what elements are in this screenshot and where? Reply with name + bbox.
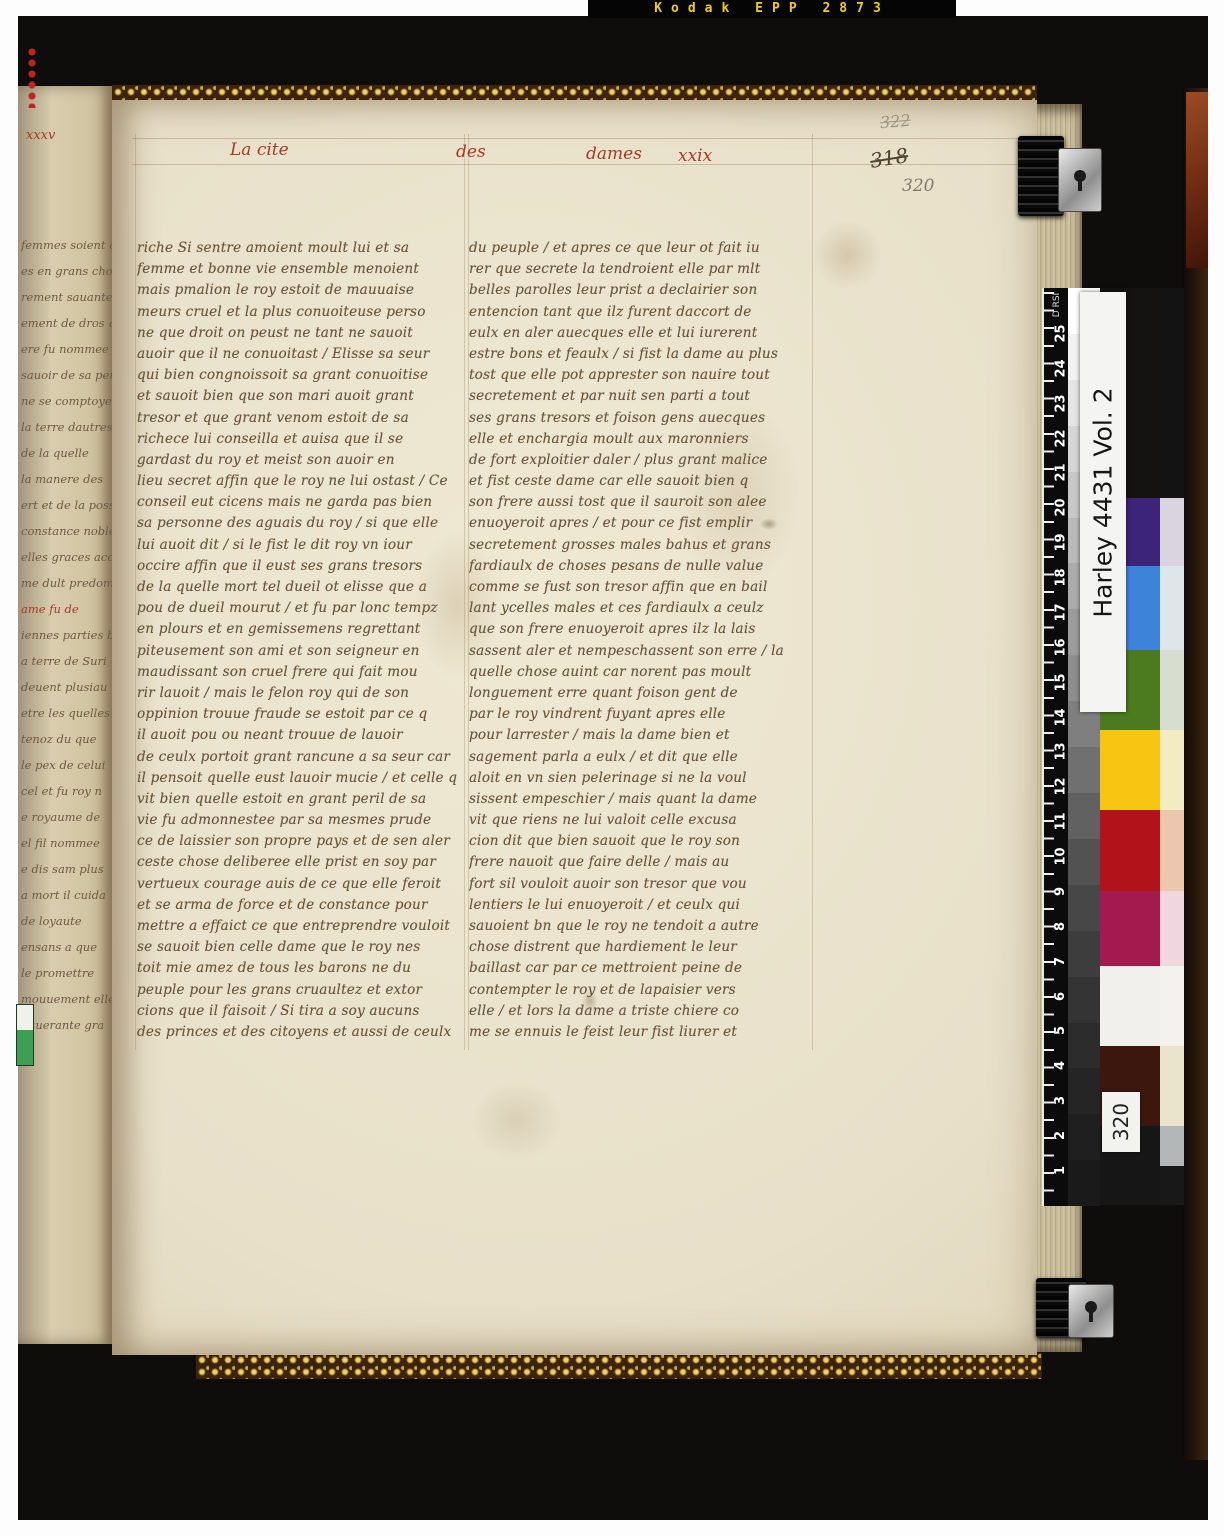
facing-page-text-fragment: de loyaute [18, 908, 114, 934]
manuscript-text-line: estre bons et feaulx / si fist la dame a… [469, 344, 815, 365]
keyhole-icon [1089, 1311, 1093, 1322]
facing-page-text-fragment: le pex de celui [18, 752, 114, 778]
manuscript-text-line: fardiaulx de choses pesans de nulle valu… [469, 556, 815, 577]
folio-number-current: 320 [902, 176, 934, 196]
facing-page-text-fragment: es en grans choses [18, 258, 114, 284]
manuscript-text-line: ses grans tresors et foison gens auecque… [469, 408, 815, 429]
manuscript-text-line: quelle chose auint car norent pas moult [469, 662, 815, 683]
manuscript-text-line: vit que riens ne lui valoit celle excusa [469, 810, 815, 831]
grayscale-step [1068, 839, 1100, 885]
facing-page-text-fragment: etre les quelles [18, 700, 114, 726]
facing-page-text-fragment: ement de dros q [18, 310, 114, 336]
folio-number-struck-pencil: 322 [879, 111, 911, 133]
facing-page-text-fragment: constance nobles [18, 518, 114, 544]
manuscript-text-line: sa personne des aguais du roy / si que e… [137, 513, 471, 534]
manuscript-text-line: pou de dueil mourut / et fu par lonc tem… [137, 598, 471, 619]
manuscript-text-line: femme et bonne vie ensemble menoient [137, 259, 471, 280]
manuscript-text-line: tresor et que grant venom estoit de sa [137, 408, 471, 429]
running-title-word-1: La cite [230, 140, 289, 160]
color-patch [1100, 730, 1160, 810]
photo-frame-bottom [0, 1520, 1224, 1536]
running-title-chapter-numeral: xxix [678, 146, 712, 166]
manuscript-text-line: par le roy vindrent fuyant apres elle [469, 704, 815, 725]
text-column-left: riche Si sentre amoient moult lui et saf… [137, 238, 471, 1043]
manuscript-text-line: entencion tant que ilz furent daccort de [469, 302, 815, 323]
manuscript-text-line: belles parolles leur prist a declairier … [469, 280, 815, 301]
pale-color-patch [1160, 891, 1184, 966]
facing-page-text-fragment: le promettre [18, 960, 114, 986]
facing-page-text-fragment: ert et de la possion [18, 492, 114, 518]
parchment-stain [472, 1080, 562, 1160]
manuscript-text-line: se sauoit bien celle dame que le roy nes [137, 937, 471, 958]
facing-page-text-fragment: tenoz du que [18, 726, 114, 752]
manuscript-text-line: il auoit pou ou neant trouue de lauoir [137, 725, 471, 746]
manuscript-text-line: maudissant son cruel frere qui fait mou [137, 662, 471, 683]
ruler-scale: D RSI 2524232221201918171615141312111098… [1042, 288, 1070, 1206]
manuscript-text-line: son frere aussi tost que il sauroit son … [469, 492, 815, 513]
manuscript-text-line: vit bien quelle estoit en grant peril de… [137, 789, 471, 810]
manuscript-text-line: ce de laissier son propre pays et de sen… [137, 831, 471, 852]
manuscript-text-line: conseil eut cicens mais ne garda pas bie… [137, 492, 471, 513]
manuscript-text-line: baillast car par ce mettroient peine de [469, 958, 815, 979]
manuscript-text-line: et se arma de force et de constance pour [137, 895, 471, 916]
gilt-binding-edge-bottom [196, 1352, 1042, 1380]
manuscript-text-line: pour larrester / mais la dame bien et [469, 725, 815, 746]
pale-color-patch [1160, 1046, 1184, 1126]
manuscript-text-line: du peuple / et apres ce que leur ot fait… [469, 238, 815, 259]
red-dots-registration-mark [24, 46, 41, 108]
manuscript-text-line: occire affin que il eust ses grans treso… [137, 556, 471, 577]
manuscript-text-line: mettre a effaict ce que entreprendre vou… [137, 916, 471, 937]
manuscript-text-line: riche Si sentre amoient moult lui et sa [137, 238, 471, 259]
photo-frame-right [1208, 0, 1224, 1536]
facing-page-text-fragment: iennes parties b [18, 622, 114, 648]
pale-color-patch [1160, 498, 1184, 566]
grayscale-step [1068, 1160, 1100, 1206]
facing-page-text-fragment: cel et fu roy n [18, 778, 114, 804]
manuscript-text-line: rer que secrete la tendroient elle par m… [469, 259, 815, 280]
manuscript-text-line: gardast du roy et meist son auoir en [137, 450, 471, 471]
manuscript-text-line: et fist ceste dame car elle sauoit bien … [469, 471, 815, 492]
pale-color-patch-column [1160, 288, 1184, 1205]
facing-page-sliver: xxxv femmes soient oues en grans chosesr… [18, 86, 114, 1344]
manuscript-text-line: sissent empeschier / mais quant la dame [469, 789, 815, 810]
grayscale-step [1068, 1114, 1100, 1160]
facing-page-text-fragment: ame fu de [18, 596, 114, 622]
manuscript-text-line: lant ycelles males et ces fardiaulx a ce… [469, 598, 815, 619]
manuscript-text-line: et sauoit bien que son mari auoit grant [137, 386, 471, 407]
manuscript-text-line: sagement parla a eulx / et dit que elle [469, 747, 815, 768]
green-bookmark-tab [16, 1004, 34, 1066]
manuscript-text-line: sauoient bn que le roy ne tendoit a autr… [469, 916, 815, 937]
facing-page-text-fragment: rement sauantes pos [18, 284, 114, 310]
manuscript-text-line: lentiers le lui enuoyeroit / et ceulx qu… [469, 895, 815, 916]
binder-clip-bottom-plate [1068, 1284, 1114, 1338]
color-calibration-target: D RSI 2524232221201918171615141312111098… [1042, 288, 1184, 1206]
grayscale-step [1068, 793, 1100, 839]
pale-color-patch [1160, 810, 1184, 891]
manuscript-text-line: elle / et lors la dame a triste chiere c… [469, 1001, 815, 1022]
grayscale-step [1068, 977, 1100, 1023]
facing-page-text-fragment: deuent plusiau [18, 674, 114, 700]
manuscript-text-line: fort sil vouloit auoir son tresor que vo… [469, 874, 815, 895]
facing-page-text-fragment: el fil nommee [18, 830, 114, 856]
color-patch [1100, 810, 1160, 891]
manuscript-text-line: comme se fust son tresor affin que en ba… [469, 577, 815, 598]
facing-page-chapter-numeral: xxxv [26, 128, 55, 143]
manuscript-text-line: toit mie amez de tous les barons ne du [137, 958, 471, 979]
manuscript-text-line: secretement et par nuit sen parti a tout [469, 386, 815, 407]
manuscript-text-line: de ceulx portoit grant rancune a sa seur… [137, 747, 471, 768]
facing-page-text-fragment: ere fu nommee d [18, 336, 114, 362]
manuscript-text-line: secretement grosses males bahus et grans [469, 535, 815, 556]
manuscript-text-line: ceste chose deliberee elle prist en soy … [137, 852, 471, 873]
grayscale-step [1068, 885, 1100, 931]
manuscript-text-line: elle et enchargia moult aux maronniers [469, 429, 815, 450]
ruling-line-vertical [135, 134, 136, 1050]
color-patch [1100, 891, 1160, 966]
manuscript-photograph: Kodak EPP 2873 xxxv femmes soient oues e… [0, 0, 1224, 1536]
manuscript-text-line: en plours et en gemissemens regrettant [137, 619, 471, 640]
facing-page-text-fragment: ensans a que [18, 934, 114, 960]
ruling-line-horizontal [132, 138, 1024, 139]
manuscript-text-line: mais pmalion le roy estoit de mauuaise [137, 280, 471, 301]
pale-color-patch [1160, 730, 1184, 810]
manuscript-text-line: frere nauoit que faire delle / mais au [469, 852, 815, 873]
grayscale-step [1068, 1068, 1100, 1114]
manuscript-text-line: enuoyeroit apres / et pour ce fist empli… [469, 513, 815, 534]
text-column-right: du peuple / et apres ce que leur ot fait… [469, 238, 815, 1043]
color-patch [1100, 966, 1160, 1046]
manuscript-text-line: vie fu admonnestee par sa mesmes prude [137, 810, 471, 831]
manuscript-text-line: meurs cruel et la plus conuoiteuse perso [137, 302, 471, 323]
facing-page-text: femmes soient oues en grans chosesrement… [18, 232, 114, 1038]
pale-color-patch [1160, 1126, 1184, 1166]
keyhole-icon [1078, 180, 1082, 191]
manuscript-text-line: lui auoit dit / si le fist le dit roy vn… [137, 535, 471, 556]
manuscript-text-line: contempter le roy et de lapaisier vers [469, 980, 815, 1001]
manuscript-text-line: oppinion trouue fraude se estoit par ce … [137, 704, 471, 725]
manuscript-text-line: cion dit que bien sauoit que le roy son [469, 831, 815, 852]
manuscript-text-line: cions que il faisoit / Si tira a soy auc… [137, 1001, 471, 1022]
manuscript-text-line: de la quelle mort tel dueil ot elisse qu… [137, 577, 471, 598]
manuscript-text-line: eulx en aler auecques elle et lui iurere… [469, 323, 815, 344]
running-title-word-3: dames [586, 144, 642, 164]
manuscript-text-line: rir lauoit / mais le felon roy qui de so… [137, 683, 471, 704]
manuscript-text-line: ne que droit on peust ne tant ne sauoit [137, 323, 471, 344]
manuscript-text-line: des princes et des citoyens et aussi de … [137, 1022, 471, 1043]
folio-label-on-target: 320 [1102, 1092, 1140, 1152]
shelfmark-label: Harley 4431 Vol. 2 [1080, 292, 1126, 712]
pale-color-patch [1160, 566, 1184, 650]
manuscript-text-line: sassent aler et nempeschassent son erre … [469, 641, 815, 662]
photo-frame-left [0, 0, 18, 1536]
facing-page-text-fragment: e dis sam plus [18, 856, 114, 882]
facing-page-text-fragment: la manere des [18, 466, 114, 492]
manuscript-text-line: tost que elle pot apprester son nauire t… [469, 365, 815, 386]
facing-page-text-fragment: femmes soient ou [18, 232, 114, 258]
grayscale-step [1068, 1023, 1100, 1069]
grayscale-step [1068, 747, 1100, 793]
manuscript-text-line: longuement erre quant foison gent de [469, 683, 815, 704]
facing-page-text-fragment: la terre dautresois [18, 414, 114, 440]
parchment-stain [812, 220, 882, 290]
manuscript-text-line: vertueux courage auis de ce que elle fer… [137, 874, 471, 895]
manuscript-text-line: lieu secret affin que le roy ne lui osta… [137, 471, 471, 492]
manuscript-text-line: de fort exploitier daler / plus grant ma… [469, 450, 815, 471]
facing-page-text-fragment: a terre de Suri [18, 648, 114, 674]
binder-clip-top-plate [1058, 148, 1102, 212]
manuscript-text-line: me se ennuis le feist leur fist liurer e… [469, 1022, 815, 1043]
pale-color-patch [1160, 1166, 1184, 1205]
grayscale-step [1068, 931, 1100, 977]
facing-page-text-fragment: e royaume de [18, 804, 114, 830]
manuscript-text-line: qui bien congnoissoit sa grant conuoitis… [137, 365, 471, 386]
facing-page-text-fragment: de la quelle [18, 440, 114, 466]
pale-color-patch [1160, 650, 1184, 730]
manuscript-text-line: que son frere enuoyeroit apres ilz la la… [469, 619, 815, 640]
manuscript-text-line: peuple pour les grans cruaultez et extor [137, 980, 471, 1001]
facing-page-text-fragment: elles graces aco [18, 544, 114, 570]
folio-number-struck-ink: 318 [868, 143, 909, 173]
manuscript-text-line: il pensoit quelle eust lauoir mucie / et… [137, 768, 471, 789]
manuscript-page: La cite des dames xxix 322 318 320 riche… [112, 100, 1037, 1355]
facing-page-text-fragment: me dult predom [18, 570, 114, 596]
facing-page-text-fragment: ne se comptoyent [18, 388, 114, 414]
facing-page-text-fragment: a mort il cuida [18, 882, 114, 908]
manuscript-text-line: auoir que il ne conuoitast / Elisse sa s… [137, 344, 471, 365]
film-edge-label: Kodak EPP 2873 [588, 0, 956, 18]
running-title-word-2: des [456, 142, 486, 162]
manuscript-text-line: richece lui conseilla et auisa que il se [137, 429, 471, 450]
manuscript-text-line: piteusement son ami et son seigneur en [137, 641, 471, 662]
facing-page-text-fragment: sauoir de sa perilla [18, 362, 114, 388]
manuscript-text-line: chose distrent que hardiement le leur [469, 937, 815, 958]
pale-color-patch [1160, 966, 1184, 1046]
manuscript-text-line: aloit en vn sien pelerinage si ne la vou… [469, 768, 815, 789]
pale-color-patch [1160, 288, 1184, 498]
